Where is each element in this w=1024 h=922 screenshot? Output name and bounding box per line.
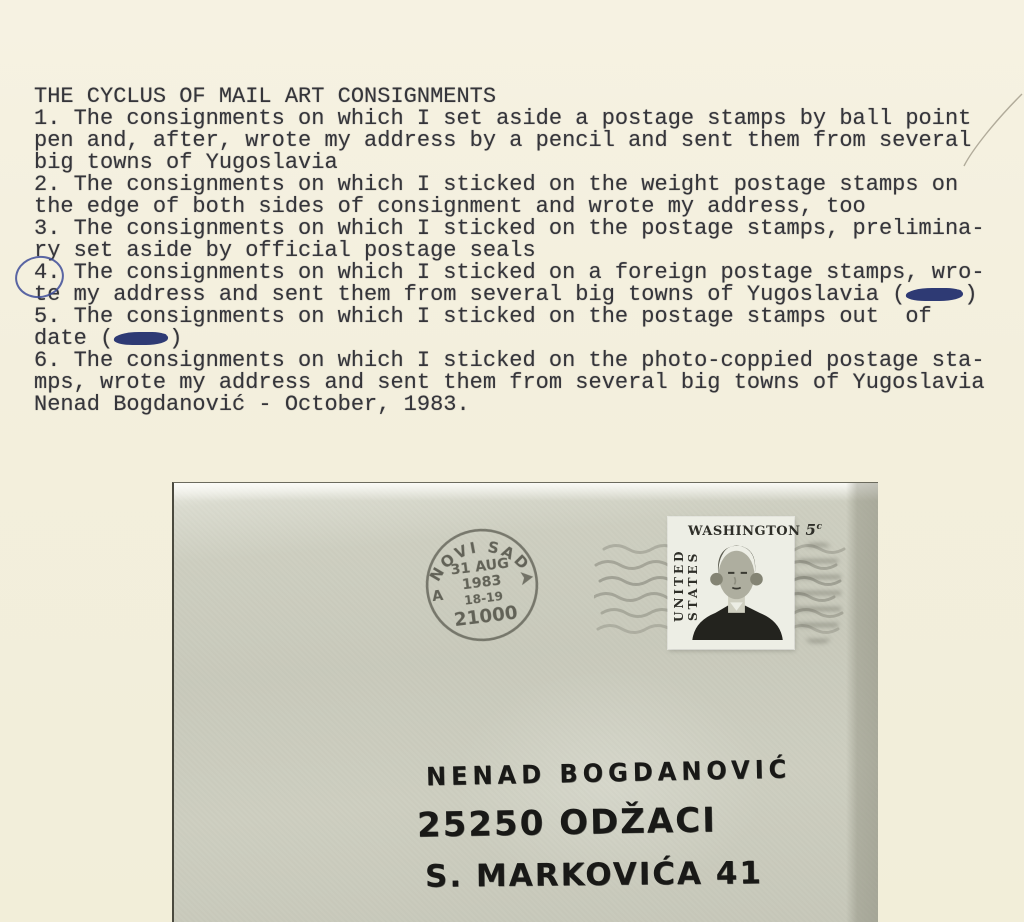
typed-line: te my address and sent them from several… bbox=[34, 284, 994, 306]
typed-line: THE CYCLUS OF MAIL ART CONSIGNMENTS bbox=[34, 86, 994, 108]
typed-line: ry set aside by official postage seals bbox=[34, 240, 994, 262]
scanned-paper: { "document": { "lines": [ {"s":[{"t":"T… bbox=[0, 0, 1024, 922]
typed-line: pen and, after, wrote my address by a pe… bbox=[34, 130, 994, 152]
photo-top-sheen bbox=[174, 483, 878, 501]
cancellation-smudge bbox=[795, 543, 841, 643]
stamp-design: UNITED STATES WASHINGTON 5c bbox=[672, 521, 789, 644]
typed-line: big towns of Yugoslavia bbox=[34, 152, 994, 174]
typed-line: date () bbox=[34, 328, 994, 350]
postage-stamp: UNITED STATES WASHINGTON 5c bbox=[668, 517, 794, 649]
typed-line: 5. The consignments on which I sticked o… bbox=[34, 306, 994, 328]
handwritten-address-line: 25250 ODŽACI bbox=[417, 800, 717, 845]
handwritten-address-line: S. MARKOVIĆA 41 bbox=[425, 855, 763, 895]
typed-line: 6. The consignments on which I sticked o… bbox=[34, 350, 994, 372]
postmark-postal-code: 21000 bbox=[453, 603, 519, 632]
typed-line: 2. The consignments on which I sticked o… bbox=[34, 174, 994, 196]
postmark-index-letter: A bbox=[431, 588, 444, 605]
ink-scribble bbox=[114, 332, 169, 345]
envelope-photo: NOVI SAD 31 AUG 1983 18-19 21000 A UNITE… bbox=[172, 482, 878, 922]
typed-line: 1. The consignments on which I set aside… bbox=[34, 108, 994, 130]
typed-line: the edge of both sides of consignment an… bbox=[34, 196, 994, 218]
typed-line: 4. The consignments on which I sticked o… bbox=[34, 262, 994, 284]
stamp-denomination: 5c bbox=[806, 521, 823, 539]
typewritten-text: THE CYCLUS OF MAIL ART CONSIGNMENTS1. Th… bbox=[34, 86, 994, 416]
typed-line: 3. The consignments on which I sticked o… bbox=[34, 218, 994, 240]
typed-line: mps, wrote my address and sent them from… bbox=[34, 372, 994, 394]
ink-scribble bbox=[906, 288, 964, 301]
postmark: NOVI SAD 31 AUG 1983 18-19 21000 A bbox=[414, 517, 550, 653]
paper-crease bbox=[958, 88, 1024, 172]
photo-shadow-band bbox=[846, 483, 878, 922]
washington-portrait bbox=[686, 535, 787, 640]
typed-line: Nenad Bogdanović - October, 1983. bbox=[34, 394, 994, 416]
